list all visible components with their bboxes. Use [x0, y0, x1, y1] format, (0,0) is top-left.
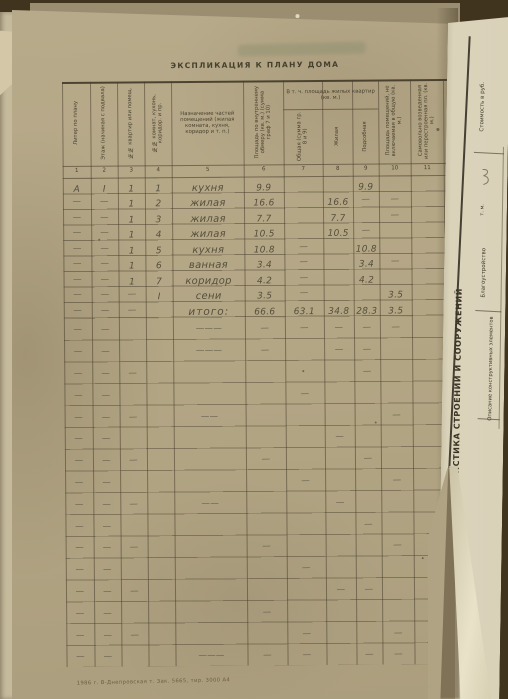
table-cell: —: [65, 303, 91, 319]
pencil-mark: —: [326, 495, 354, 511]
pencil-mark: —: [325, 320, 353, 336]
page-title: ЭКСПЛИКАЦИЯ К ПЛАНУ ДОМА: [150, 60, 360, 71]
column-header: Жилая: [324, 111, 351, 162]
column-header: №№ квартир или помещ.: [119, 84, 144, 161]
paper-speck: [302, 370, 304, 372]
table-cell: 63.1: [286, 301, 323, 318]
table-cell: 7.7: [324, 208, 352, 225]
table-cell: жилая: [173, 209, 243, 226]
column-number: 8: [331, 166, 345, 172]
table-cell: 1: [119, 225, 144, 242]
pencil-mark: —: [383, 538, 413, 554]
column-header: Площадь помещений, не включаемая в общую…: [380, 82, 410, 159]
pencil-mark: ——: [175, 495, 245, 511]
next-page-grid-line: [499, 147, 504, 429]
pencil-mark: —: [246, 343, 284, 359]
table-cell: —: [92, 210, 117, 226]
table-cell: 1: [119, 271, 144, 288]
pencil-mark: —: [357, 647, 381, 663]
column-number: 3: [124, 167, 138, 173]
pencil-mark: —: [121, 453, 146, 469]
pencil-mark: —: [94, 409, 119, 425]
pencil-mark: —: [93, 387, 118, 403]
pencil-mark: —: [248, 604, 286, 620]
table-cell: 9.9: [354, 177, 378, 194]
column-number: 2: [97, 168, 111, 174]
table-cell: —: [64, 210, 90, 226]
table-cell: —: [92, 241, 117, 257]
table-cell: —: [286, 285, 323, 301]
pencil-mark: —: [288, 560, 325, 576]
pencil-mark: —: [65, 366, 91, 382]
pencil-mark: —: [67, 540, 93, 556]
pencil-mark: —: [355, 364, 379, 380]
table-cell: 34.8: [325, 301, 353, 318]
column-header: Литер по плану: [64, 85, 90, 162]
pencil-mark: —: [383, 625, 413, 641]
table-cell: 9.9: [245, 177, 283, 194]
pencil-mark: —: [326, 429, 354, 445]
pencil-mark: —: [65, 322, 91, 338]
table-cell: 1: [119, 209, 144, 226]
paper-speck: [436, 128, 439, 131]
pencil-mark: —: [247, 452, 285, 468]
table-cell: сени: [174, 286, 244, 303]
pencil-mark: —: [246, 321, 284, 337]
table-cell: —: [285, 239, 322, 255]
pencil-mark: —: [286, 320, 323, 336]
table-cell: 1: [146, 178, 171, 195]
paper-speck: [98, 239, 100, 241]
table-cell: 3.5: [246, 286, 284, 303]
table-cell: —: [92, 194, 117, 210]
table-cell: —: [92, 225, 117, 241]
table-cell: 28.3: [355, 301, 379, 318]
pencil-mark: —: [383, 647, 413, 663]
pencil-mark: —: [248, 539, 286, 555]
pencil-mark: —: [67, 584, 93, 600]
next-page-column-elements: Описание конструктивных элементов: [484, 315, 501, 423]
pencil-mark: —: [287, 473, 324, 489]
pencil-mark: —: [94, 453, 119, 469]
table-cell: —: [380, 192, 410, 208]
column-number: 4: [151, 167, 165, 173]
column-number: 10: [388, 165, 402, 171]
table-cell: 1: [119, 240, 144, 257]
group-header-living-area: В т. ч. площадь жилых квартир (кв. м.): [284, 81, 377, 110]
pencil-mark: —: [122, 627, 147, 643]
table-cell: кухня: [173, 240, 243, 257]
table-cell: 3.5: [381, 285, 411, 302]
pencil-mark: —: [95, 562, 120, 578]
table-cell: —: [380, 254, 410, 270]
pencil-mark: —: [67, 606, 93, 622]
pencil-mark: —: [65, 388, 91, 404]
table-cell: 7.7: [245, 208, 283, 225]
paper-speck: [295, 14, 299, 18]
table-cell: —: [285, 254, 322, 270]
pencil-mark: —: [95, 540, 120, 556]
pencil-mark: —: [122, 540, 147, 556]
table-cell: 4.2: [354, 270, 378, 287]
pencil-mark: —: [288, 647, 325, 663]
table-cell: —: [65, 287, 91, 303]
pencil-mark: —: [122, 583, 147, 599]
table-cell: жилая: [173, 193, 243, 210]
pencil-mark: —: [66, 431, 92, 447]
pencil-mark: —: [95, 605, 120, 621]
column-number: 9: [359, 166, 373, 172]
pencil-mark: ———: [176, 648, 246, 664]
pencil-mark: —: [94, 518, 119, 534]
faded-ink-bleed: [238, 41, 366, 56]
table-cell: 5: [146, 240, 171, 257]
table-cell: А: [64, 179, 90, 196]
table-cell: 3.4: [354, 254, 378, 271]
pencil-mark: —: [95, 649, 120, 665]
pencil-mark: —: [357, 582, 381, 598]
table-cell: 6: [146, 256, 171, 273]
pencil-mark: —: [381, 320, 411, 336]
pencil-mark: —: [66, 497, 92, 513]
pencil-mark: —: [325, 342, 353, 358]
pencil-mark: —: [93, 322, 118, 338]
pencil-mark: —: [94, 475, 119, 491]
pencil-mark: —: [93, 366, 118, 382]
table-cell: I: [92, 179, 117, 196]
pencil-mark: —: [66, 518, 92, 534]
pencil-mark: —: [120, 365, 145, 381]
table-cell: 2: [146, 194, 171, 211]
table-cell: 1: [119, 178, 144, 195]
column-number: 11: [420, 165, 434, 171]
pencil-mark: —: [66, 475, 92, 491]
pencil-mark: —: [382, 472, 412, 488]
table-cell: —: [380, 207, 410, 223]
table-cell: кухня: [173, 178, 243, 195]
pencil-mark: —: [94, 496, 119, 512]
table-cell: —: [64, 256, 90, 272]
column-header: Этаж (начиная с подвала): [92, 85, 117, 162]
pencil-mark: —: [288, 626, 325, 642]
pencil-mark: —: [356, 516, 380, 532]
column-header: Подсобная: [354, 111, 377, 162]
column-number: 1: [70, 168, 84, 174]
pencil-mark: —: [67, 627, 93, 643]
pencil-mark: —: [382, 407, 412, 423]
table-cell: 16.6: [324, 192, 352, 209]
table-cell: жилая: [173, 224, 243, 241]
table-cell: —: [120, 302, 145, 318]
pencil-mark: —: [355, 342, 379, 358]
table-cell: коридор: [173, 271, 243, 288]
pencil-mark: —: [355, 320, 379, 336]
table-cell: 4.2: [245, 270, 283, 287]
table-cell: —: [354, 223, 378, 239]
table-cell: —: [92, 256, 117, 272]
table-cell: итого:: [174, 302, 244, 319]
pencil-mark: ——: [175, 408, 245, 424]
pencil-mark: —: [121, 409, 146, 425]
pencil-mark: —: [67, 649, 93, 665]
table-cell: 16.6: [245, 193, 283, 210]
table-cell: 4: [146, 225, 171, 242]
pencil-mark: —: [248, 648, 286, 664]
table-cell: —: [92, 272, 117, 288]
pencil-mark: —: [65, 344, 91, 360]
column-header: Самовольно возведенная или перестроенная…: [412, 82, 443, 159]
column-number: 6: [257, 166, 271, 172]
table-cell: 10.5: [245, 224, 283, 241]
table-cell: —: [64, 225, 90, 241]
table-cell: 3: [146, 209, 171, 226]
column-header-purpose: Назначение частей помещений (жилая комна…: [173, 85, 242, 162]
table-cell: —: [120, 287, 145, 303]
table-cell: 10.8: [354, 239, 378, 256]
pencil-mark: —: [356, 451, 380, 467]
column-number: 7: [296, 166, 310, 172]
pencil-mark: —: [66, 453, 92, 469]
pencil-mark: —: [93, 344, 118, 360]
table-cell: —: [64, 241, 90, 257]
table-cell: I: [147, 287, 172, 304]
table-cell: 1: [119, 256, 144, 273]
table-cell: 1: [119, 194, 144, 211]
table-cell: —: [93, 303, 118, 319]
print-shop-imprint: 1986 г. В-Днепровская т. Зак. 5665, тир.…: [77, 675, 317, 686]
table-cell: 10.5: [324, 223, 352, 240]
pencil-mark: —: [286, 386, 323, 402]
table-cell: 3.5: [381, 300, 411, 317]
pencil-mark: —: [66, 409, 92, 425]
table-cell: —: [93, 287, 118, 303]
table-cell: 66.6: [246, 301, 284, 318]
table-cell: ванная: [173, 255, 243, 272]
scanned-document: ЭКСПЛИКАЦИЯ К ПЛАНУ ДОМА Литер по плану1…: [0, 0, 508, 699]
pencil-mark: —: [95, 627, 120, 643]
table-cell: —: [64, 194, 90, 210]
next-page-column-cost: Стоимость в руб.: [477, 62, 488, 150]
next-page-column-amenities: Благоустройство: [478, 231, 489, 315]
pencil-mark: —: [94, 431, 119, 447]
handwritten-mark: [479, 167, 493, 187]
table-cell: —: [64, 272, 90, 288]
column-header: Площадь по внутреннему обмеру (кв. м.) (…: [245, 83, 283, 160]
next-page-unit-label: т. м.: [478, 200, 487, 218]
pencil-mark: ———: [174, 321, 244, 337]
paper-speck: [375, 422, 377, 424]
column-header: №№ комнат, кухонь, коридор. и пр.: [146, 84, 171, 161]
table-cell: 10.8: [245, 239, 283, 256]
column-header: Общая (сумма гр. 8 и 9): [285, 111, 321, 162]
table-cell: 3.4: [245, 255, 283, 272]
table-cell: —: [285, 270, 322, 286]
pencil-mark: —: [121, 496, 146, 512]
next-page-grid-line: [474, 152, 504, 155]
pencil-mark: ———: [174, 343, 244, 359]
pencil-mark: —: [67, 562, 93, 578]
table-cell: —: [354, 192, 378, 208]
pencil-mark: —: [95, 584, 120, 600]
column-number: 5: [201, 167, 215, 173]
table-cell: 7: [146, 271, 171, 288]
pencil-mark: —: [327, 582, 355, 598]
